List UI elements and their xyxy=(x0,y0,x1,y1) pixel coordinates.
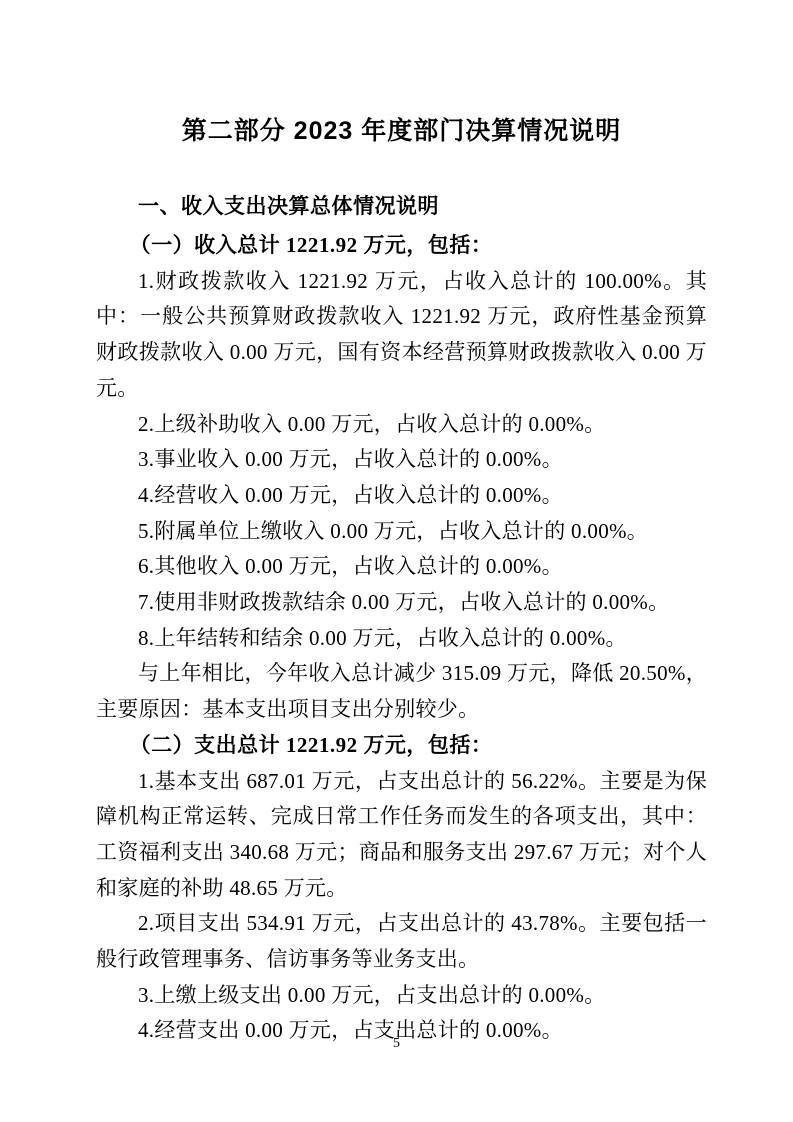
doc-paragraph: 1.基本支出 687.01 万元，占支出总计的 56.22%。主要是为保障机构正… xyxy=(96,764,707,907)
doc-paragraph: 6.其他收入 0.00 万元，占收入总计的 0.00%。 xyxy=(96,549,707,585)
doc-paragraph: 1.财政拨款收入 1221.92 万元，占收入总计的 100.00%。其中：一般… xyxy=(96,264,707,407)
doc-paragraph: 4.经营收入 0.00 万元，占收入总计的 0.00%。 xyxy=(96,478,707,514)
document-page: 第二部分 2023 年度部门决算情况说明 一、收入支出决算总体情况说明 （一）收… xyxy=(0,0,793,1122)
document-body: （一）收入总计 1221.92 万元，包括： 1.财政拨款收入 1221.92 … xyxy=(96,228,707,1049)
doc-paragraph: 7.使用非财政拨款结余 0.00 万元，占收入总计的 0.00%。 xyxy=(96,585,707,621)
doc-paragraph: 8.上年结转和结余 0.00 万元，占收入总计的 0.00%。 xyxy=(96,621,707,657)
doc-paragraph: 2.项目支出 534.91 万元，占支出总计的 43.78%。主要包括一般行政管… xyxy=(96,906,707,977)
subsection-heading-income: （一）收入总计 1221.92 万元，包括： xyxy=(96,228,707,264)
page-number: 5 xyxy=(0,1036,793,1052)
doc-paragraph: 与上年相比，今年收入总计减少 315.09 万元，降低 20.50%，主要原因：… xyxy=(96,656,707,727)
document-title: 第二部分 2023 年度部门决算情况说明 xyxy=(96,112,707,150)
section-heading: 一、收入支出决算总体情况说明 xyxy=(96,192,707,222)
doc-paragraph: 2.上级补助收入 0.00 万元，占收入总计的 0.00%。 xyxy=(96,407,707,443)
subsection-heading-expenditure: （二）支出总计 1221.92 万元，包括： xyxy=(96,728,707,764)
doc-paragraph: 3.事业收入 0.00 万元，占收入总计的 0.00%。 xyxy=(96,442,707,478)
doc-paragraph: 3.上缴上级支出 0.00 万元，占支出总计的 0.00%。 xyxy=(96,978,707,1014)
doc-paragraph: 5.附属单位上缴收入 0.00 万元，占收入总计的 0.00%。 xyxy=(96,514,707,550)
